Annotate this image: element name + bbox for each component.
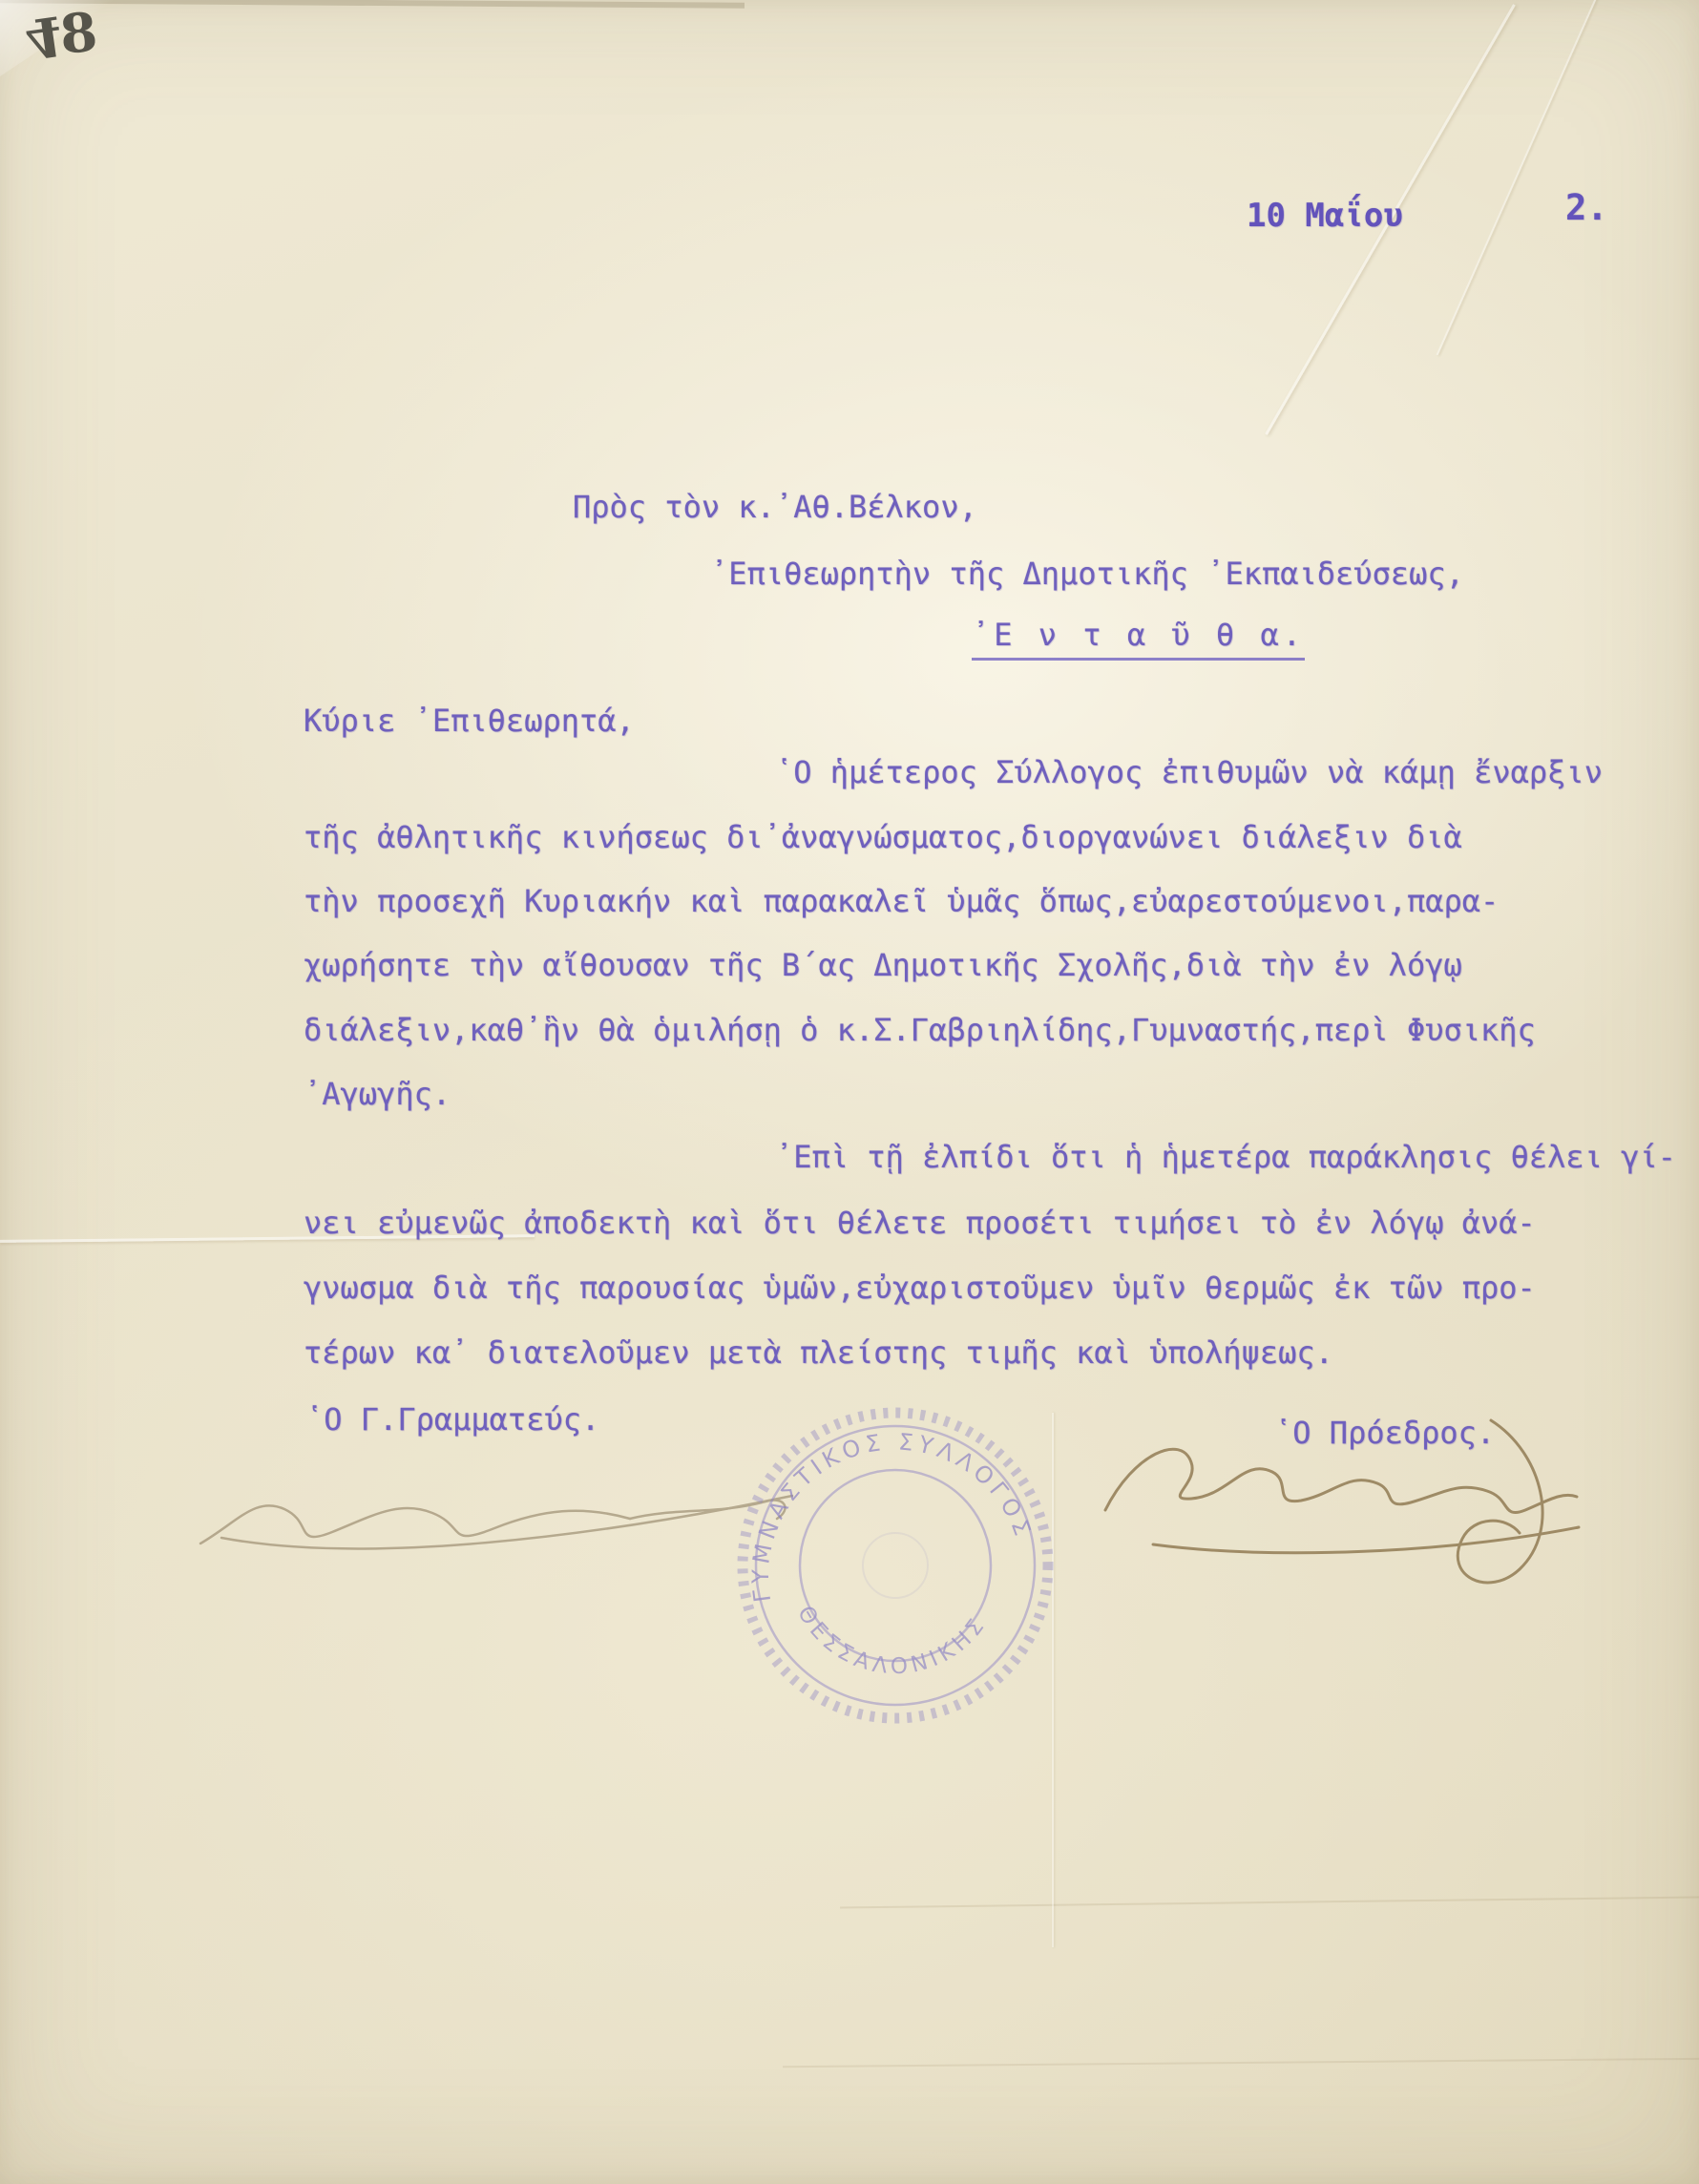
body-line: ᾽Επὶ τῇ ἐλπίδι ὅτι ἡ ἡμετέρα παράκλησις … [775,1139,1676,1175]
secretary-signature [181,1427,811,1599]
body-line: ῾Ο ἡμέτερος Σύλλογος ἐπιθυμῶν νὰ κάμῃ ἔν… [775,754,1603,790]
date-stamp: 10 Μαΐου [1247,197,1403,236]
stamp-arc-bottom-text: ΘΕΣΣΑΛΟΝΙΚΗΣ [792,1602,992,1679]
archive-number-digit: 8 [57,1,98,67]
body-line: διάλεξιν,καθ᾽ἣν θὰ ὁμιλήσῃ ὁ κ.Σ.Γαβριηλ… [304,1012,1536,1048]
page-number: 2. [1565,187,1608,229]
recipient-place-line: ᾽Ε ν τ α ῦ θ α. [972,617,1305,661]
body-line: τῆς ἀθλητικῆς κινήσεως δι᾽ἀναγνώσματος,δ… [304,819,1462,855]
scanned-letter-page: { "document": { "archive_number": { "dig… [0,0,1699,2184]
body-line: γνωσμα διὰ τῆς παρουσίας ὑμῶν,εὐχαριστοῦ… [304,1270,1536,1306]
body-line: τὴν προσεχῆ Κυριακήν καὶ παρακαλεῖ ὑμᾶς … [304,883,1499,919]
body-line: χωρήσητε τὴν αἴθουσαν τῆς Β΄ας Δημοτικῆς… [304,947,1462,983]
recipient-line-2: ᾽Επιθεωρητὴν τῆς Δημοτικῆς ᾽Εκπαιδεύσεως… [710,556,1464,592]
president-signature [1079,1365,1613,1632]
archive-number: 48 [22,1,97,70]
salutation: Κύριε ᾽Επιθεωρητά, [304,703,635,739]
body-line: ᾽Αγωγῆς. [304,1076,451,1112]
club-stamp: ΓΥΜΝΑΣΤΙΚΟΣ ΣΥΛΛΟΓΟΣ ΘΕΣΣΑΛΟΝΙΚΗΣ [728,1398,1062,1732]
svg-text:ΘΕΣΣΑΛΟΝΙΚΗΣ: ΘΕΣΣΑΛΟΝΙΚΗΣ [792,1602,992,1679]
svg-text:ΓΥΜΝΑΣΤΙΚΟΣ ΣΥΛΛΟΓΟΣ: ΓΥΜΝΑΣΤΙΚΟΣ ΣΥΛΛΟΓΟΣ [747,1428,1038,1604]
body-line: νει εὐμενῶς ἀποδεκτὴ καὶ ὅτι θέλετε προσ… [304,1205,1536,1241]
paper-background [0,0,1699,2184]
stamp-arc-top-text: ΓΥΜΝΑΣΤΙΚΟΣ ΣΥΛΛΟΓΟΣ [747,1428,1038,1604]
recipient-line-1: Πρὸς τὸν κ.᾽Αθ.Βέλκον, [573,489,977,525]
stamp-emblem [863,1533,928,1598]
